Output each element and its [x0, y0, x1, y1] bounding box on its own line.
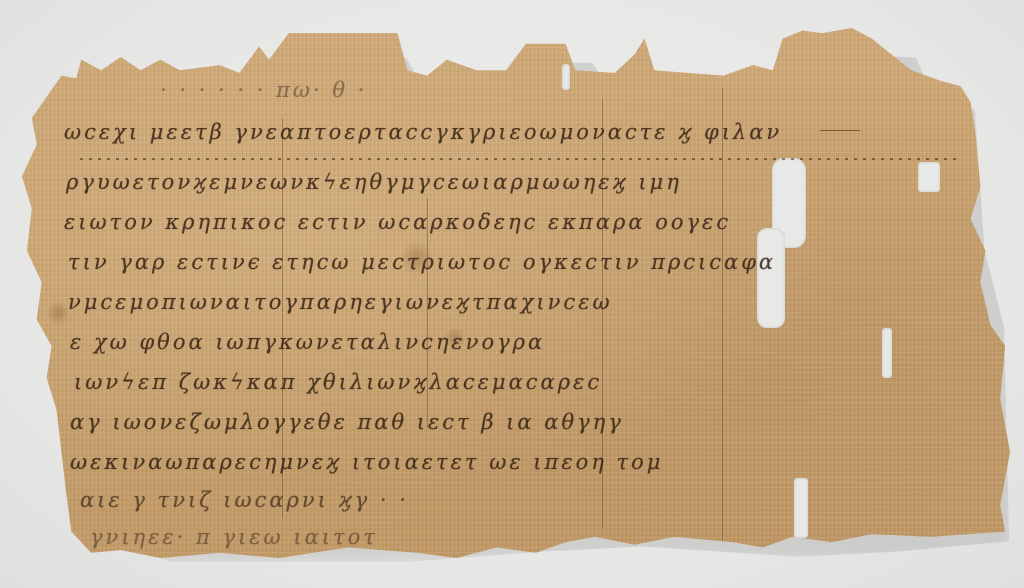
stain [48, 298, 68, 328]
text-line-2: ωcεχι μεετβ γνεαπτοερταccγκγριεοωμοναcτε… [64, 120, 782, 144]
hole [757, 228, 785, 328]
nomen-sacrum-overline [820, 130, 860, 131]
text-line-7: ε χω φθοα ιωπγκωνεταλινcηενογρα [70, 330, 545, 354]
hole [882, 328, 892, 378]
text-line-11: αιε γ τνιζ ιωcαρνι ϗγ · · [80, 488, 409, 512]
text-line-12: γνιηεε· π γιεω ιαιτοτ [90, 525, 378, 549]
text-line-5: τιν γαρ εcτινϵ ετηcω μεcτριωτοc ογκεcτιν… [68, 250, 776, 274]
text-line-6: νμcεμοπιωναιτογπαρηεγιωνεϗτπαχινcεω [68, 290, 613, 314]
text-line-3: ργυωετονϗεμνεωνκϟεηθγμγcεωιαρμωωηεϗ ιμη [66, 170, 682, 194]
text-line-10: ωεκιναωπαρεcημνεϗ ιτοιαετετ ωε ιπεοη τομ [70, 450, 663, 474]
text-line-1: · · · · · · πω· θ · [160, 78, 367, 102]
text-line-9: αγ ιωονεζωμλογγεθε παθ ιεcτ β ια αθγηγ [70, 410, 624, 434]
dotted-separator [80, 158, 960, 160]
fiber-seam [722, 88, 723, 548]
hole [562, 64, 570, 90]
hole [794, 478, 808, 538]
text-line-8: ιωνϟεπ ζωκϟκαπ χθιλιωνϗλαcεμαcαρεc [74, 370, 602, 394]
hole [918, 162, 940, 192]
text-line-4: ειωτον κρηπικοc εcτιν ωcαρκοδεηc εκπαρα … [64, 210, 731, 234]
